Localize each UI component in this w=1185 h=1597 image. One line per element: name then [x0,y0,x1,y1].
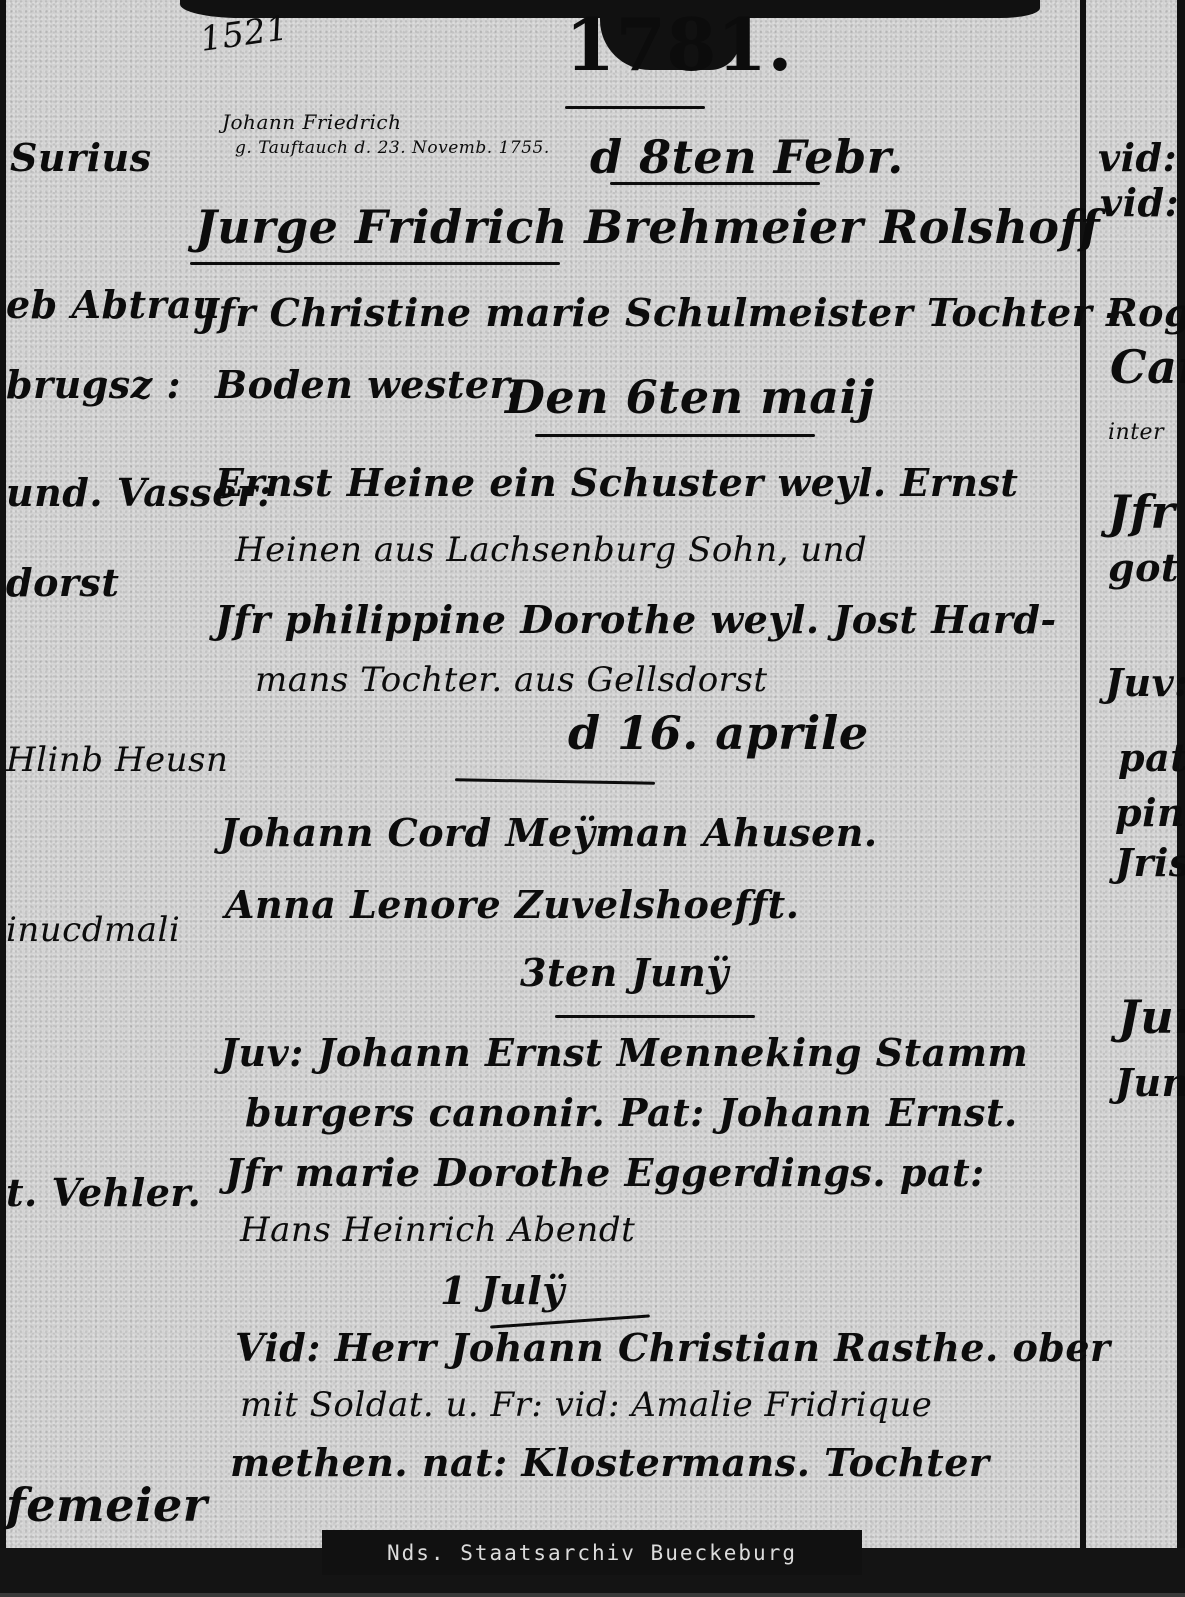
margin-note-1: Surius [10,135,152,180]
entry-4-date: 3ten Junÿ [520,950,729,995]
entry-4-line-4: Hans Heinrich Abendt [240,1210,635,1250]
margin-note-8: t. Vehler. [6,1170,201,1215]
entry-1-name-underline [190,262,560,265]
year-underline [565,106,705,109]
entry-2-line-3: Jfr philippine Dorothe weyl. Jost Hard- [215,597,1057,642]
right-col-7: got [1108,545,1179,590]
entry-1-date: d 8ten Febr. [590,130,904,184]
right-col-3: - [1105,290,1121,335]
top-note-line2: g. Tauftauch d. 23. Novemb. 1755. [235,138,550,158]
margin-note-2: eb Abtrau [6,282,220,327]
entry-5-line-1: Vid: Herr Johann Christian Rasthe. ober [235,1325,1111,1370]
entry-4-date-underline [555,1015,755,1018]
right-col-13: Jun [1115,1060,1185,1105]
entry-3-date: d 16. aprile [568,706,869,760]
entry-1-line-3: Boden wester. [215,362,520,407]
right-col-6: Jfr a [1108,485,1185,539]
entry-5-line-2: mit Soldat. u. Fr: vid: Amalie Fridrique [240,1385,932,1425]
entry-4-line-1: Juv: Johann Ernst Menneking Stamm [220,1030,1028,1075]
right-col-1: vid: [1098,135,1177,180]
margin-note-5: dorst [6,560,119,605]
right-col-8: Juv: [1105,660,1185,705]
entry-1-line-1: Jurge Fridrich Brehmeier Rolshoff [195,200,1100,254]
year-heading: 1781. [565,2,793,87]
entry-2-line-4: mans Tochter. aus Gellsdorst [255,660,768,700]
scanned-page: 1521 1781. Johann Friedrich g. Tauftauch… [0,0,1185,1548]
archive-label: Nds. Staatsarchiv Bueckeburg [322,1530,862,1575]
right-col-10: pine [1115,790,1185,835]
right-col-12: Jur [1118,990,1185,1044]
top-note-line1: Johann Friedrich [222,110,402,134]
entry-5-line-3: methen. nat: Klostermans. Tochter [230,1440,989,1485]
entry-2-date-underline [535,434,815,437]
entry-3-line-1: Johann Cord Meÿman Ahusen. [220,810,878,855]
right-col-2: vid: [1100,180,1179,225]
right-col-11: Jris [1115,840,1185,885]
footer-shade [0,1593,1185,1597]
right-col-9: pat [1118,735,1185,780]
entry-2-date: Den 6ten maij [505,370,875,424]
margin-note-7: inucdmali [6,910,180,950]
entry-2-line-1: Ernst Heine ein Schuster weyl. Ernst [215,460,1018,505]
margin-note-9: femeier [6,1478,207,1532]
margin-note-6: Hlinb Heusn [6,740,228,780]
entry-1-date-underline [610,182,820,185]
entry-3-date-underline [455,778,655,784]
entry-4-line-3: Jfr marie Dorothe Eggerdings. pat: [225,1150,985,1195]
entry-5-date: 1 Julÿ [440,1268,565,1313]
entry-2-line-2: Heinen aus Lachsenburg Sohn, und [235,530,867,570]
right-col-5: inter [1108,420,1164,445]
margin-note-3: brugsz : [6,362,181,407]
entry-3-line-2: Anna Lenore Zuvelshoefft. [225,882,799,927]
right-col-4: Car [1110,340,1185,394]
entry-4-line-2: burgers canonir. Pat: Johann Ernst. [245,1090,1018,1135]
entry-1-line-2: Jfr Christine marie Schulmeister Tochter… [200,290,1185,335]
